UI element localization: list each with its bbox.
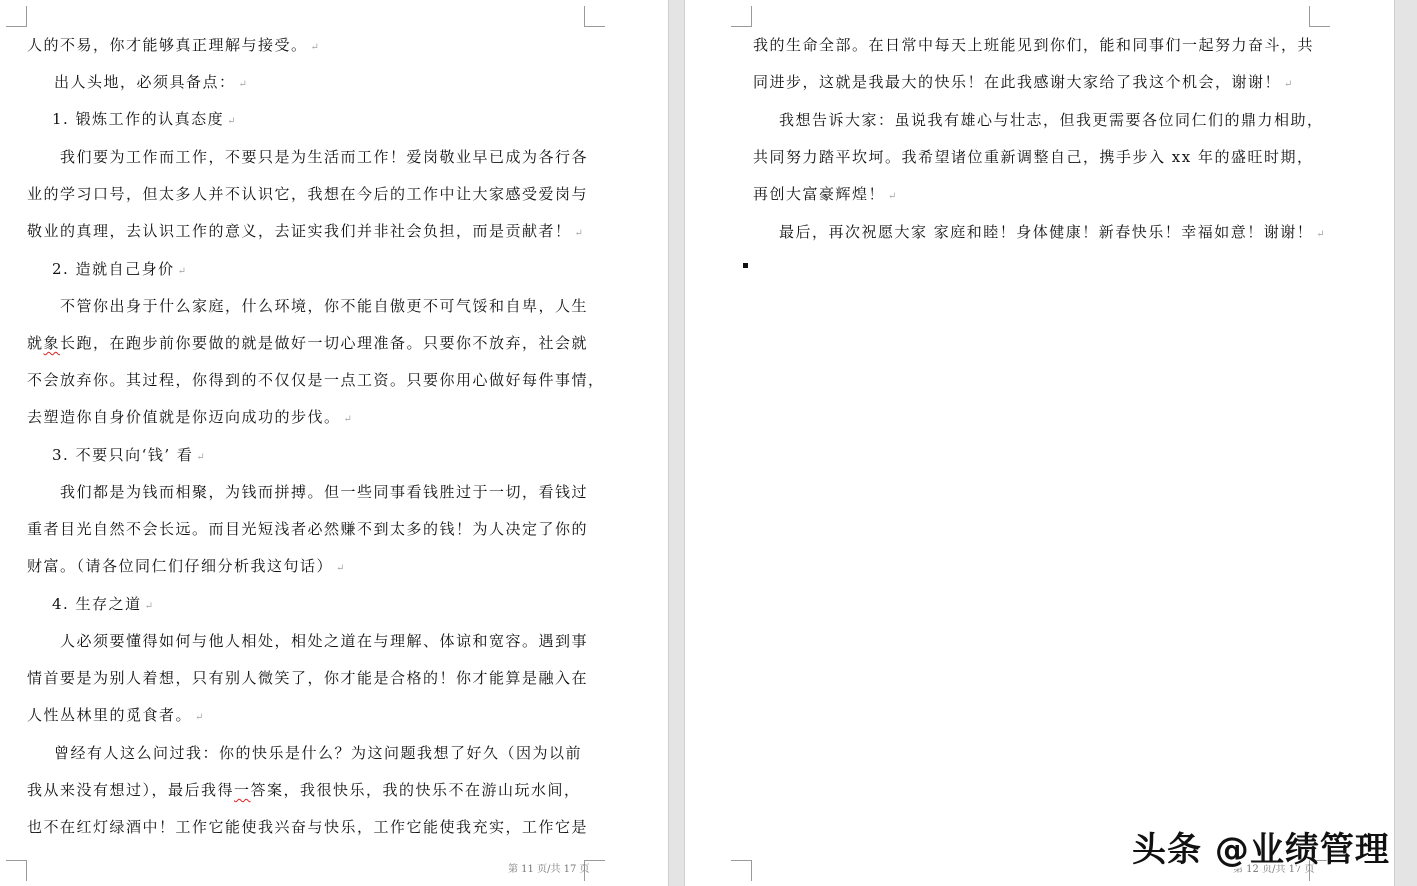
text-line[interactable]: 出人头地，必须具备点：↵ — [54, 71, 248, 93]
margin-corner-mark — [6, 860, 27, 881]
text-line[interactable]: 再创大富豪辉煌！↵ — [753, 183, 898, 205]
text-line[interactable]: 人的不易，你才能够真正理解与接受。↵ — [27, 34, 320, 56]
text-line[interactable]: 我从来没有想过），最后我得一答案，我很快乐，我的快乐不在游山玩水间， — [27, 779, 581, 801]
text-cursor-anchor — [743, 263, 748, 268]
text-line[interactable]: 人必须要懂得如何与他人相处，相处之道在与理解、体谅和宽容。遇到事 — [60, 630, 588, 652]
text-line[interactable]: 我的生命全部。在日常中每天上班能见到你们，能和同事们一起努力奋斗，共 — [753, 34, 1314, 56]
paragraph-mark-icon: ↵ — [336, 563, 346, 574]
margin-corner-mark — [1309, 6, 1330, 27]
text-line[interactable]: 4. 生存之道↵ — [52, 593, 154, 615]
document-page-11[interactable]: 人的不易，你才能够真正理解与接受。↵出人头地，必须具备点：↵1. 锻炼工作的认真… — [0, 0, 668, 886]
text-line[interactable]: 人性丛林里的觅食者。↵ — [27, 704, 205, 726]
text-line[interactable]: 情首要是为别人着想，只有别人微笑了，你才能是合格的！你才能算是融入在 — [27, 667, 588, 689]
text-line[interactable]: 我想告诉大家：虽说我有雄心与壮志，但我更需要各位同仁们的鼎力相助， — [779, 109, 1324, 131]
paragraph-mark-icon: ↵ — [888, 191, 898, 202]
paragraph-mark-icon: ↵ — [311, 42, 321, 53]
margin-corner-mark — [584, 6, 605, 27]
text-line[interactable]: 业的学习口号，但太多人并不认识它，我想在今后的工作中让大家感受爱岗与 — [27, 183, 588, 205]
paragraph-mark-icon: ↵ — [1284, 79, 1294, 90]
page-number-footer: 第 11 页/共 17 页 — [508, 860, 590, 875]
margin-corner-mark — [731, 6, 752, 27]
text-line[interactable]: 也不在红灯绿酒中！工作它能使我兴奋与快乐，工作它能使我充实，工作它是 — [27, 816, 588, 838]
text-line[interactable]: 重者目光自然不会长远。而目光短浅者必然赚不到太多的钱！为人决定了你的 — [27, 518, 588, 540]
paragraph-mark-icon: ↵ — [195, 712, 205, 723]
margin-corner-mark — [6, 6, 27, 27]
watermark-text: 头条 @业绩管理 — [1132, 822, 1390, 871]
paragraph-mark-icon: ↵ — [1316, 229, 1326, 240]
paragraph-mark-icon: ↵ — [575, 228, 585, 239]
paragraph-mark-icon: ↵ — [239, 79, 249, 90]
text-line[interactable]: 我们都是为钱而相聚，为钱而拼搏。但一些同事看钱胜过于一切，看钱过 — [60, 481, 588, 503]
spelling-error-underline[interactable]: 一 — [234, 781, 251, 799]
text-line[interactable]: 不会放弃你。其过程，你得到的不仅仅是一点工资。只要你用心做好每件事情， — [27, 369, 605, 391]
text-line[interactable]: 不管你出身于什么家庭，什么环境，你不能自傲更不可气馁和自卑，人生 — [60, 295, 588, 317]
text-line[interactable]: 3. 不要只向‘钱’ 看↵ — [52, 444, 206, 466]
paragraph-mark-icon: ↵ — [344, 414, 354, 425]
text-line[interactable]: 同进步，这就是我最大的快乐！在此我感谢大家给了我这个机会，谢谢！↵ — [753, 71, 1294, 93]
page-gap — [668, 0, 685, 886]
text-line[interactable]: 就象长跑，在跑步前你要做的就是做好一切心理准备。只要你不放弃，社会就 — [27, 332, 588, 354]
paragraph-mark-icon: ↵ — [196, 452, 206, 463]
text-line[interactable]: 我们要为工作而工作，不要只是为生活而工作！爱岗敬业早已成为各行各 — [60, 146, 588, 168]
scroll-gutter[interactable] — [1394, 0, 1417, 886]
text-line[interactable]: 最后，再次祝愿大家 家庭和睦！身体健康！新春快乐！幸福如意！谢谢！↵ — [779, 221, 1326, 243]
text-line[interactable]: 去塑造你自身价值就是你迈向成功的步伐。↵ — [27, 406, 353, 428]
paragraph-mark-icon: ↵ — [178, 266, 188, 277]
text-line[interactable]: 2. 造就自己身价↵ — [52, 258, 187, 280]
text-line[interactable]: 敬业的真理，去认识工作的意义，去证实我们并非社会负担，而是贡献者！↵ — [27, 220, 584, 242]
text-line[interactable]: 1. 锻炼工作的认真态度↵ — [52, 108, 237, 130]
text-line[interactable]: 财富。（请各位同仁们仔细分析我这句话）↵ — [27, 555, 346, 577]
text-line[interactable]: 曾经有人这么问过我：你的快乐是什么？为这问题我想了好久（因为以前 — [54, 742, 582, 764]
spelling-error-underline[interactable]: 象 — [44, 334, 61, 352]
document-page-12[interactable]: 我的生命全部。在日常中每天上班能见到你们，能和同事们一起努力奋斗，共同进步，这就… — [685, 0, 1394, 886]
text-line[interactable]: 共同努力踏平坎坷。我希望诸位重新调整自己，携手步入 xx 年的盛旺时期， — [753, 146, 1313, 168]
margin-corner-mark — [731, 860, 752, 881]
paragraph-mark-icon: ↵ — [227, 116, 237, 127]
paragraph-mark-icon: ↵ — [145, 601, 155, 612]
